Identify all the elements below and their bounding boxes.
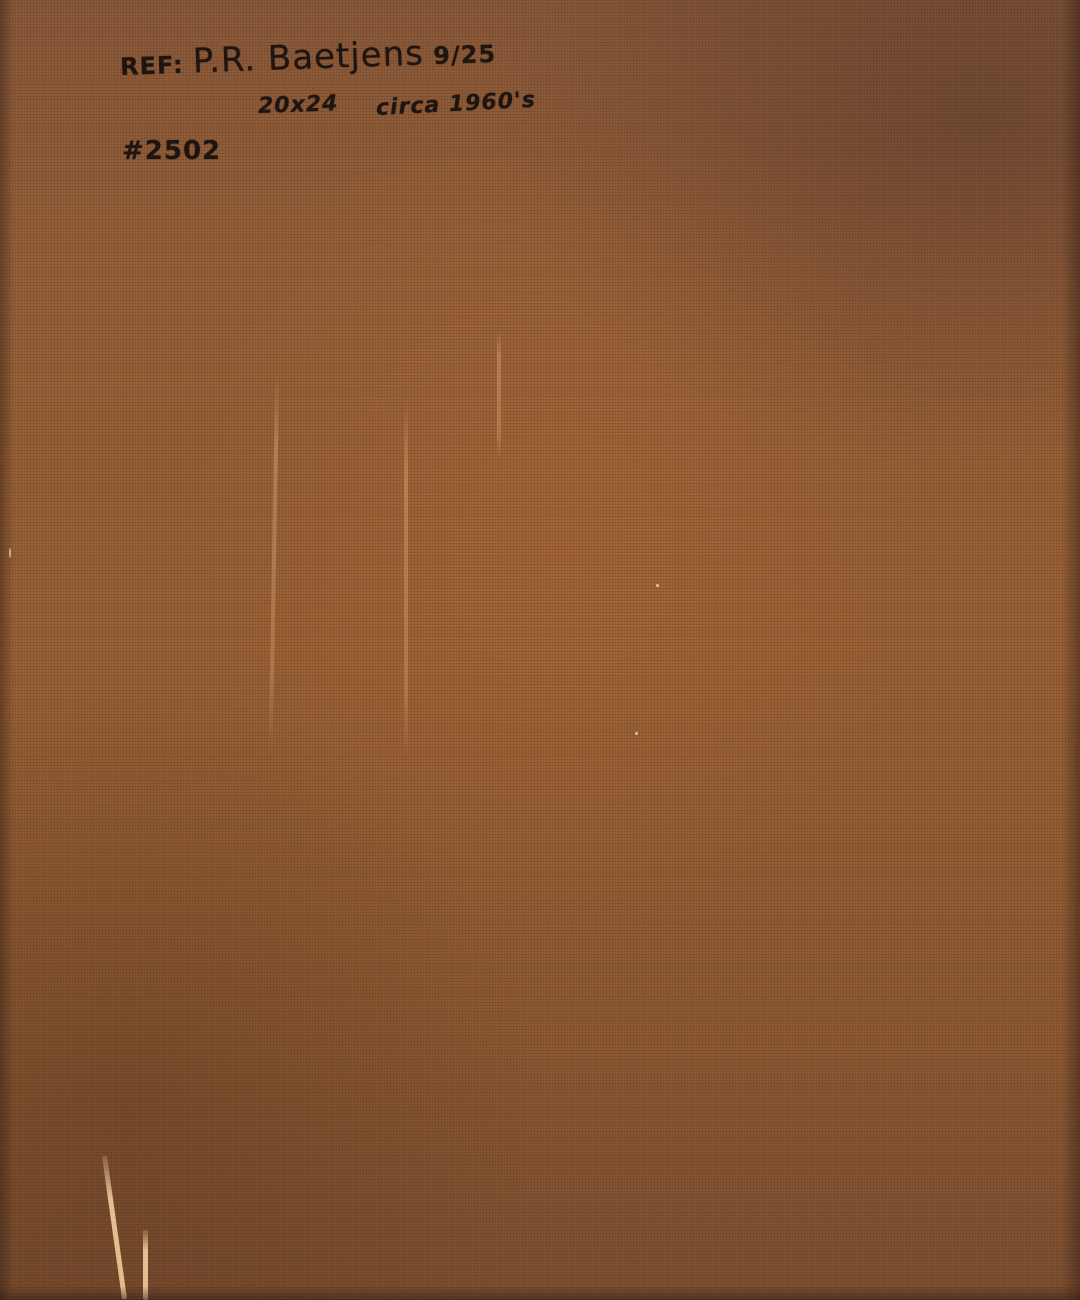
canvas-weave-texture bbox=[0, 0, 1080, 1300]
artist-name: P.R. Baetjens bbox=[192, 33, 424, 81]
canvas-edge-left bbox=[0, 0, 14, 1300]
canvas-edge-bottom bbox=[0, 1286, 1080, 1300]
canvas-edge-right bbox=[1062, 0, 1080, 1300]
handwritten-inventory-number: #2502 bbox=[122, 136, 221, 166]
paint-drip bbox=[497, 330, 501, 460]
handwritten-dimensions: 20x24 bbox=[258, 91, 339, 119]
canvas-back: REF: P.R. Baetjens 9/25 20x24 circa 1960… bbox=[0, 0, 1080, 1300]
paint-fleck bbox=[635, 732, 638, 735]
date-fraction: 9/25 bbox=[433, 40, 497, 70]
paint-drip bbox=[404, 400, 408, 760]
paint-fleck bbox=[656, 584, 659, 587]
ref-label: REF: bbox=[120, 51, 185, 81]
